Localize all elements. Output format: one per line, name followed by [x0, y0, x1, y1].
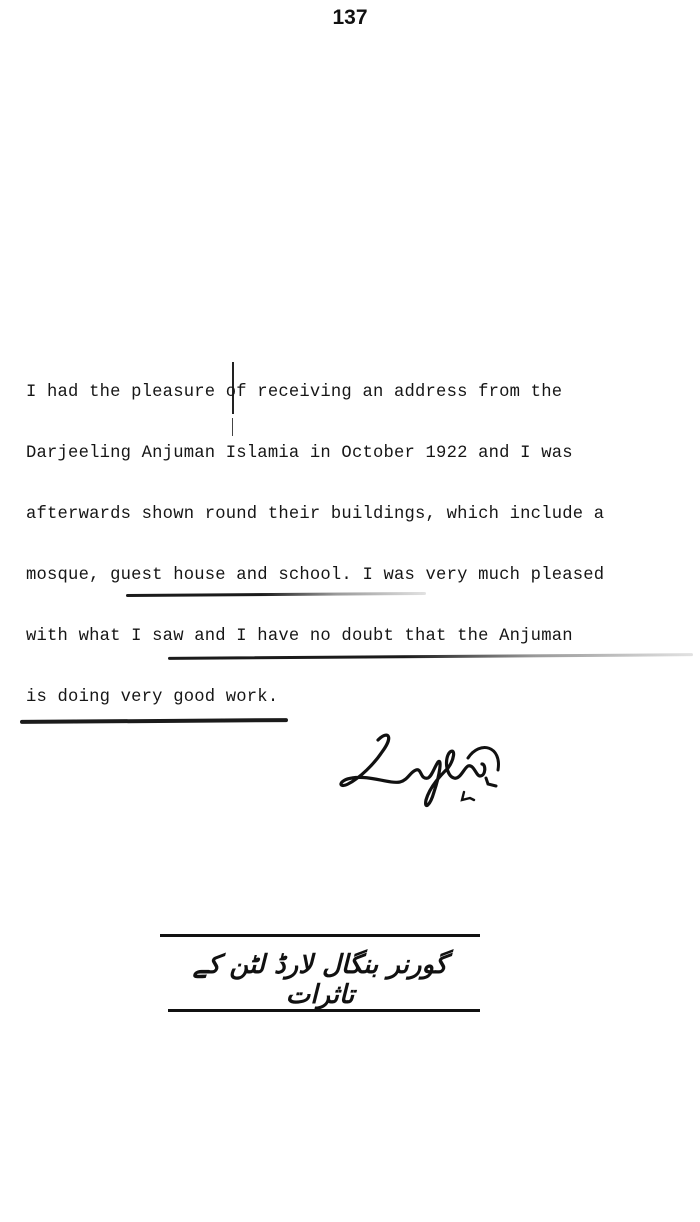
pen-underline: [126, 592, 426, 597]
urdu-caption: گورنر بنگال لارڈ لٹن کے تاثرات: [160, 950, 480, 1010]
signature: Lytton: [330, 722, 510, 812]
letter-line: Darjeeling Anjuman Islamia in October 19…: [26, 439, 700, 500]
pen-underline: [168, 653, 693, 660]
letter-line: with what I saw and I have no doubt that…: [26, 622, 700, 683]
letter-line: I had the pleasure of receiving an addre…: [26, 378, 700, 439]
caption-rule-bottom: [168, 1009, 480, 1012]
caption-rule-top: [160, 934, 480, 937]
page-number: 137: [0, 6, 700, 30]
letter-line: afterwards shown round their buildings, …: [26, 500, 700, 561]
letter-body: I had the pleasure of receiving an addre…: [26, 378, 700, 744]
pen-underline: [20, 718, 288, 724]
letter-line: mosque, guest house and school. I was ve…: [26, 561, 700, 622]
